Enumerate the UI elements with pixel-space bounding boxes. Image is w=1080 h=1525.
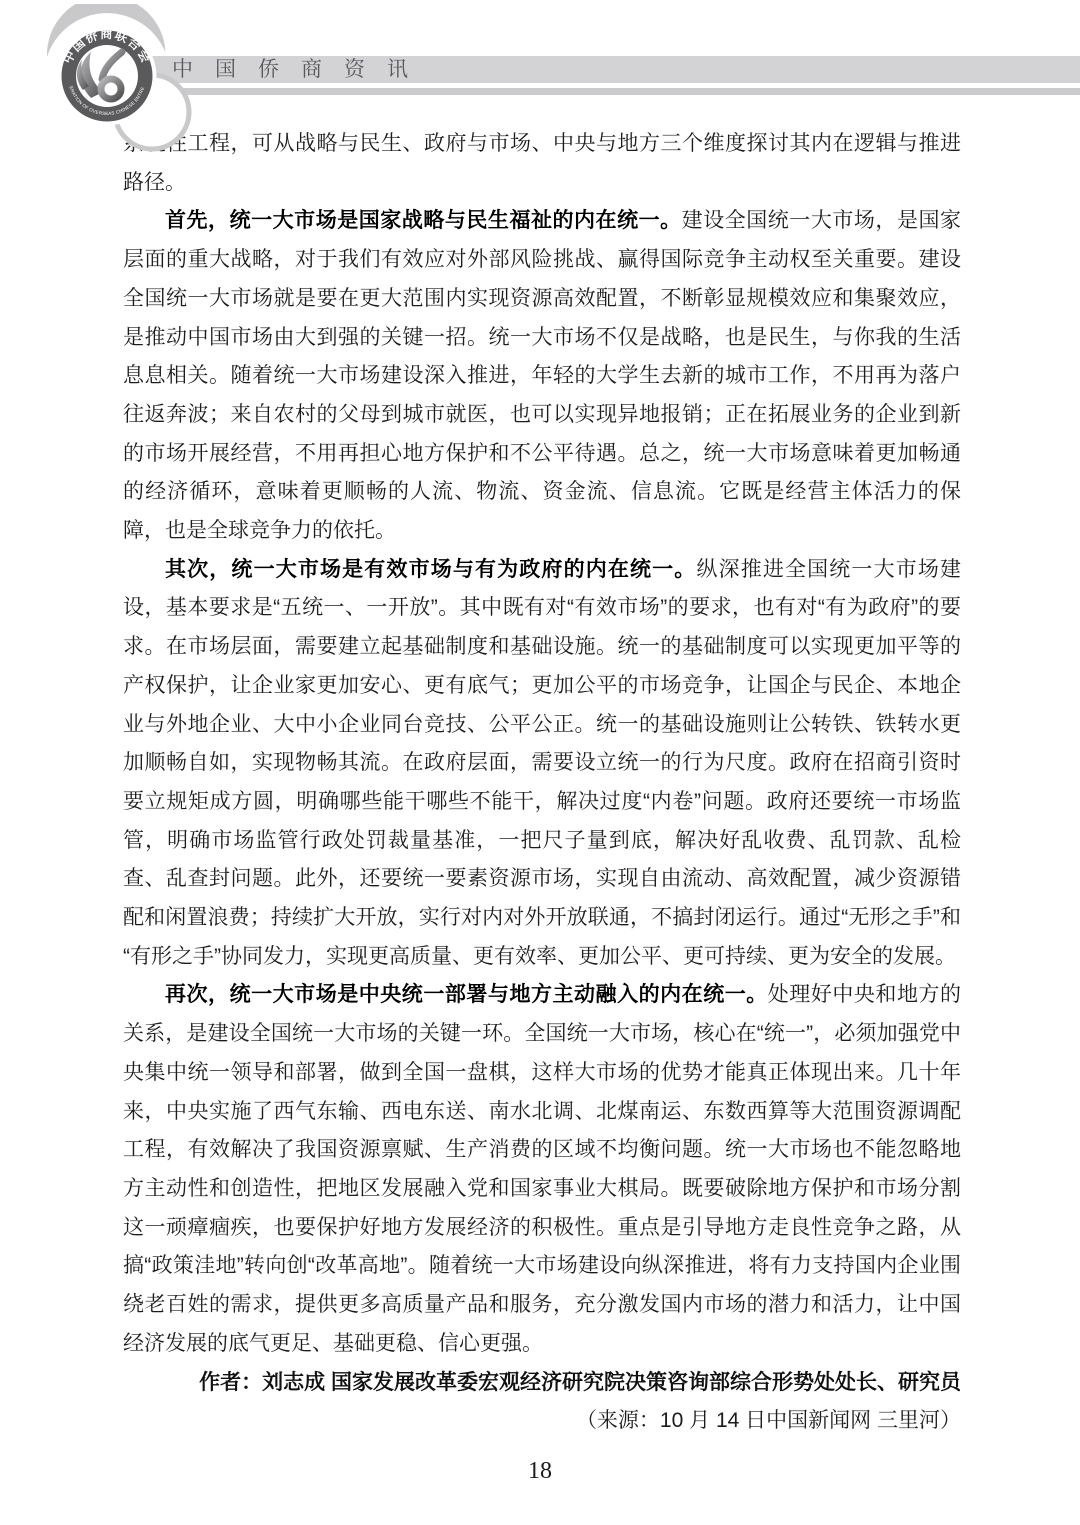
intro-paragraph: 系统性工程，可从战略与民生、政府与市场、中央与地方三个维度探讨其内在逻辑与推进路… bbox=[123, 125, 961, 202]
paragraph-body: 纵深推进全国统一大市场建设，基本要求是“五统一、一开放”。其中既有对“有效市场”… bbox=[123, 558, 961, 968]
article: 系统性工程，可从战略与民生、政府与市场、中央与地方三个维度探讨其内在逻辑与推进路… bbox=[123, 125, 961, 1441]
paragraph-first: 首先，统一大市场是国家战略与民生福祉的内在统一。建设全国统一大市场，是国家层面的… bbox=[123, 202, 961, 550]
page: { "page": { "number": "18" }, "header": … bbox=[0, 0, 1080, 1525]
masthead-title: 中国侨商资讯 bbox=[172, 56, 430, 83]
paragraph-body: 建设全国统一大市场，是国家层面的重大战略，对于我们有效应对外部风险挑战、赢得国际… bbox=[123, 209, 961, 542]
source-line: （来源：10 月 14 日中国新闻网 三里河） bbox=[123, 1402, 961, 1441]
author-line: 作者：刘志成 国家发展改革委宏观经济研究院决策咨询部综合形势处处长、研究员 bbox=[123, 1364, 961, 1403]
paragraph-lead: 再次，统一大市场是中央统一部署与地方主动融入的内在统一。 bbox=[165, 983, 768, 1006]
paragraph-second: 其次，统一大市场是有效市场与有为政府的内在统一。纵深推进全国统一大市场建设，基本… bbox=[123, 551, 961, 977]
header-underline-bar bbox=[132, 88, 1080, 95]
paragraph-lead: 首先，统一大市场是国家战略与民生福祉的内在统一。 bbox=[165, 209, 682, 232]
federation-logo: 中国侨商联合会 CHINA FEDERATION OF OVERSEAS CHI… bbox=[22, 4, 206, 156]
paragraph-body: 处理好中央和地方的关系，是建设全国统一大市场的关键一环。全国统一大市场，核心在“… bbox=[123, 983, 961, 1354]
page-number: 18 bbox=[0, 1458, 1080, 1485]
paragraph-third: 再次，统一大市场是中央统一部署与地方主动融入的内在统一。处理好中央和地方的关系，… bbox=[123, 976, 961, 1363]
paragraph-lead: 其次，统一大市场是有效市场与有为政府的内在统一。 bbox=[165, 558, 696, 581]
